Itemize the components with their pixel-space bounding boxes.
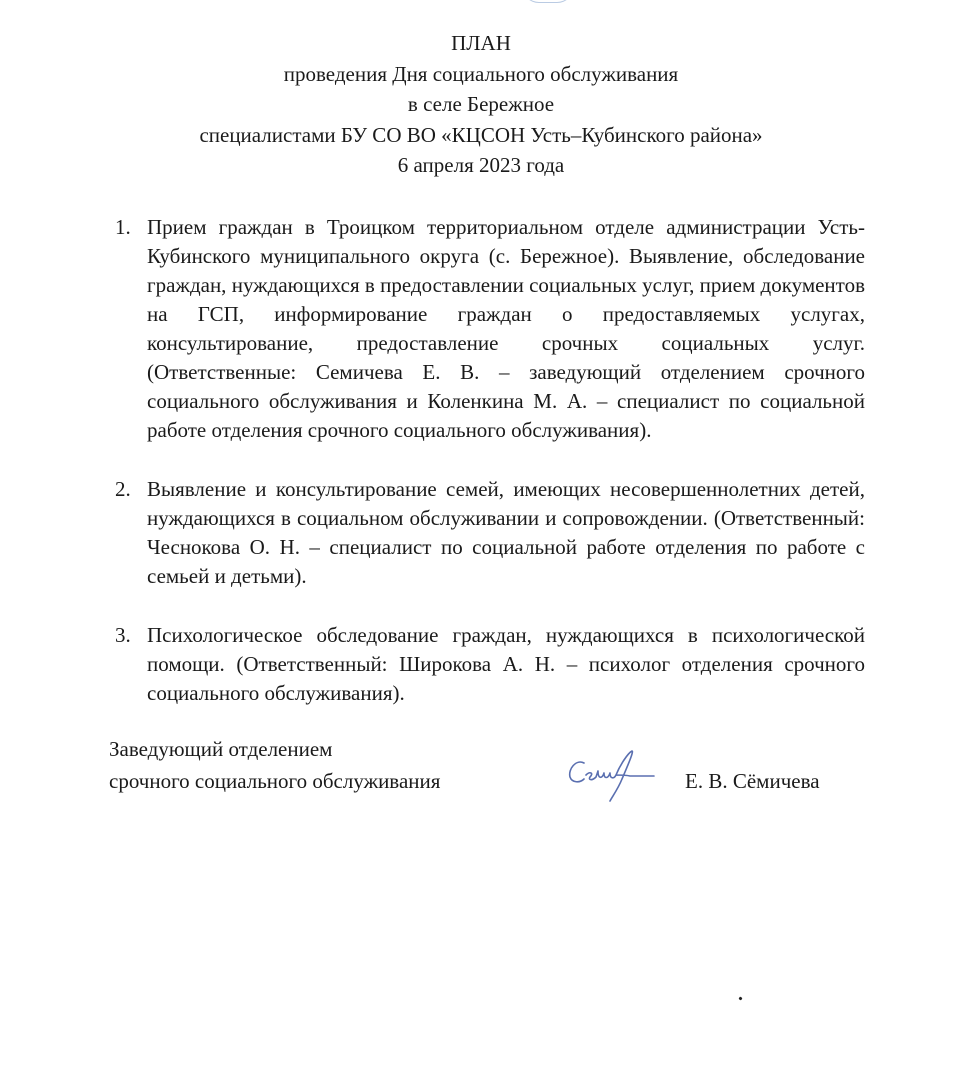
subtitle-line-2: в селе Бережное — [0, 89, 962, 120]
document-date: 6 апреля 2023 года — [0, 150, 962, 181]
plan-item: 1. Прием граждан в Троицком территориаль… — [115, 213, 865, 445]
plan-item: 3. Психологическое обследование граждан,… — [115, 621, 865, 708]
scan-speck — [738, 996, 742, 1000]
subtitle-line-1: проведения Дня социального обслуживания — [0, 59, 962, 90]
signer-name: Е. В. Сёмичева — [685, 765, 820, 797]
document-title: ПЛАН — [0, 28, 962, 59]
plan-items-list: 1. Прием граждан в Троицком территориаль… — [115, 213, 865, 738]
item-text: Психологическое обследование граждан, ну… — [147, 621, 865, 708]
plan-item: 2. Выявление и консультирование семей, и… — [115, 475, 865, 591]
item-text: Выявление и консультирование семей, имею… — [147, 475, 865, 591]
signatory-position: Заведующий отделением срочного социально… — [109, 733, 440, 797]
position-line-1: Заведующий отделением — [109, 733, 440, 765]
position-line-2: срочного социального обслуживания — [109, 765, 440, 797]
item-number: 1. — [115, 213, 131, 242]
document-header: ПЛАН проведения Дня социального обслужив… — [0, 28, 962, 181]
item-number: 2. — [115, 475, 131, 504]
item-number: 3. — [115, 621, 131, 650]
item-text: Прием граждан в Троицком территориальном… — [147, 213, 865, 445]
handwritten-signature-icon — [562, 745, 672, 805]
subtitle-line-3: специалистами БУ СО ВО «КЦСОН Усть–Кубин… — [0, 120, 962, 151]
stamp-fragment — [522, 0, 574, 3]
